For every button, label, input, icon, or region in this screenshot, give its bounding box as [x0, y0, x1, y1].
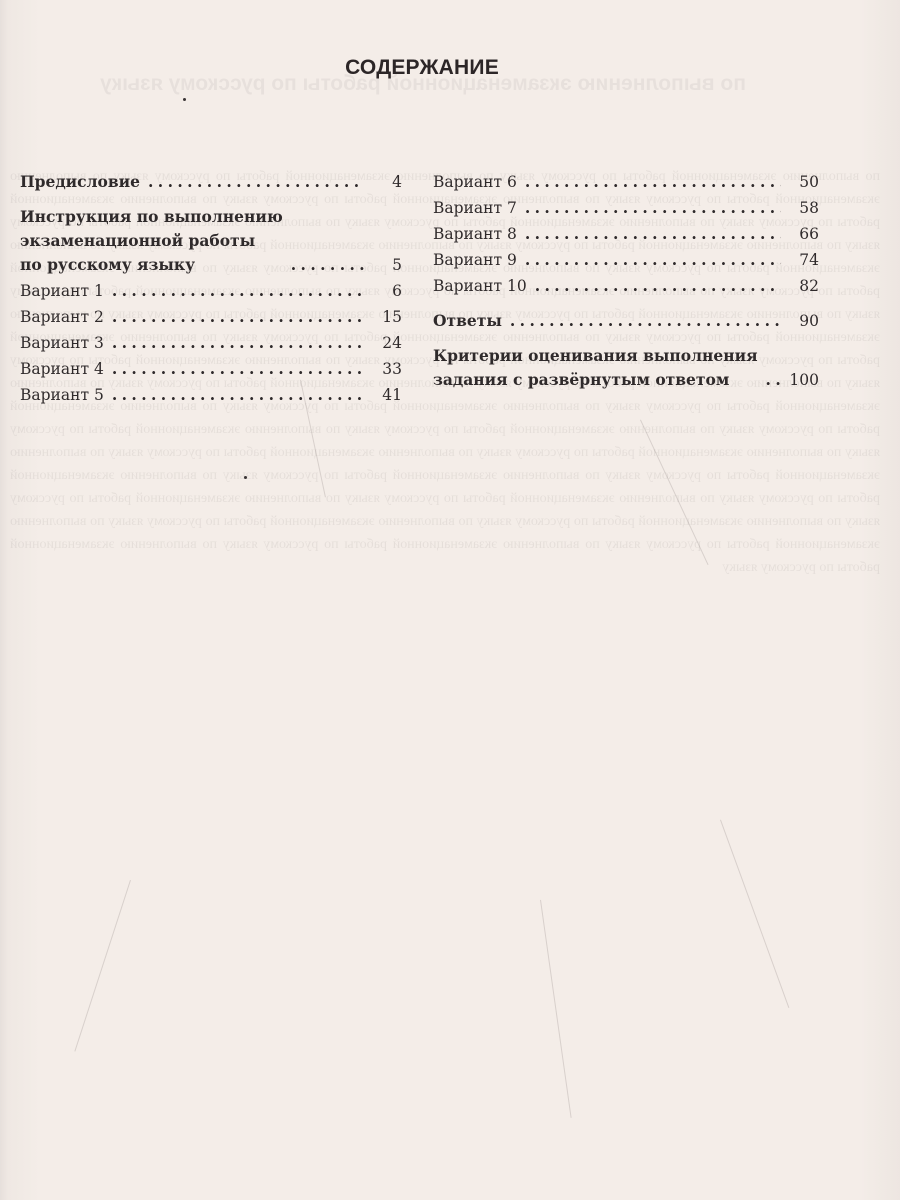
leader-dots: ........................................… — [525, 248, 781, 272]
toc-entry-page: 50 — [789, 170, 819, 194]
toc-entry-page: 74 — [789, 248, 819, 272]
toc-entry-label: Вариант 6 — [433, 170, 517, 194]
toc-entry-variant-9[interactable]: Вариант 9 ..............................… — [433, 248, 819, 272]
toc-entry-variant-4[interactable]: Вариант 4 ..............................… — [20, 357, 402, 381]
toc-entry-label: Вариант 1 — [20, 279, 104, 303]
toc-entry-page: 33 — [372, 357, 402, 381]
leader-dots: ........................................… — [525, 196, 781, 220]
toc-entry-page: 90 — [789, 309, 819, 333]
toc-entry-variant-8[interactable]: Вариант 8 ..............................… — [433, 222, 819, 246]
scan-speck — [183, 98, 186, 101]
toc-entry-label: Вариант 10 — [433, 274, 527, 298]
toc-entry-variant-5[interactable]: Вариант 5 ..............................… — [20, 383, 402, 407]
leader-dots: ........................................… — [148, 170, 364, 194]
toc-entry-answers[interactable]: Ответы .................................… — [433, 309, 819, 333]
leader-dots: ........................................… — [112, 331, 364, 355]
toc-entry-label: Ответы — [433, 309, 502, 333]
leader-dots: ........................................… — [525, 222, 781, 246]
toc-entry-variant-1[interactable]: Вариант 1 ..............................… — [20, 279, 402, 303]
toc-entry-variant-2[interactable]: Вариант 2 ..............................… — [20, 305, 402, 329]
leader-dots: ........................................… — [766, 368, 781, 392]
toc-entry-page: 6 — [372, 279, 402, 303]
toc-entry-page: 100 — [789, 368, 819, 392]
toc-entry-label: Инструкция по выполнению экзаменационной… — [20, 205, 283, 277]
leader-dots: ........................................… — [525, 170, 781, 194]
toc-entry-instructions[interactable]: Инструкция по выполнению экзаменационной… — [20, 205, 402, 277]
toc-entry-label: Вариант 2 — [20, 305, 104, 329]
toc-entry-label: Критерии оценивания выполнения задания с… — [433, 344, 758, 392]
toc-entry-criteria[interactable]: Критерии оценивания выполнения задания с… — [433, 344, 819, 392]
toc-right-column: Вариант 6 ..............................… — [433, 170, 819, 394]
toc-entry-variant-10[interactable]: Вариант 10 .............................… — [433, 274, 819, 298]
page-title: СОДЕРЖАНИЕ — [0, 56, 844, 80]
toc-entry-variant-3[interactable]: Вариант 3 ..............................… — [20, 331, 402, 355]
leader-dots: ........................................… — [112, 279, 364, 303]
toc-entry-label: Вариант 4 — [20, 357, 104, 381]
leader-dots: ........................................… — [510, 309, 781, 333]
toc-entry-page: 4 — [372, 170, 402, 194]
toc-entry-label: Вариант 7 — [433, 196, 517, 220]
toc-entry-label: Предисловие — [20, 170, 140, 194]
toc-entry-variant-6[interactable]: Вариант 6 ..............................… — [433, 170, 819, 194]
leader-dots: ........................................… — [112, 383, 364, 407]
toc-entry-label: Вариант 9 — [433, 248, 517, 272]
toc-entry-page: 82 — [789, 274, 819, 298]
toc-entry-page: 66 — [789, 222, 819, 246]
scan-speck — [244, 476, 247, 479]
toc-entry-variant-7[interactable]: Вариант 7 ..............................… — [433, 196, 819, 220]
toc-entry-page: 15 — [372, 305, 402, 329]
leader-dots: ........................................… — [535, 274, 781, 298]
toc-entry-label: Вариант 5 — [20, 383, 104, 407]
toc-entry-label: Вариант 3 — [20, 331, 104, 355]
toc-entry-label: Вариант 8 — [433, 222, 517, 246]
leader-dots: ........................................… — [112, 305, 364, 329]
toc-entry-page: 24 — [372, 331, 402, 355]
toc-entry-page: 41 — [372, 383, 402, 407]
leader-dots: ........................................… — [112, 357, 364, 381]
leader-dots: ........................................… — [291, 253, 364, 277]
toc-entry-preface[interactable]: Предисловие ............................… — [20, 170, 402, 194]
toc-entry-page: 58 — [789, 196, 819, 220]
toc-entry-page: 5 — [372, 253, 402, 277]
toc-left-column: Предисловие ............................… — [20, 170, 402, 409]
